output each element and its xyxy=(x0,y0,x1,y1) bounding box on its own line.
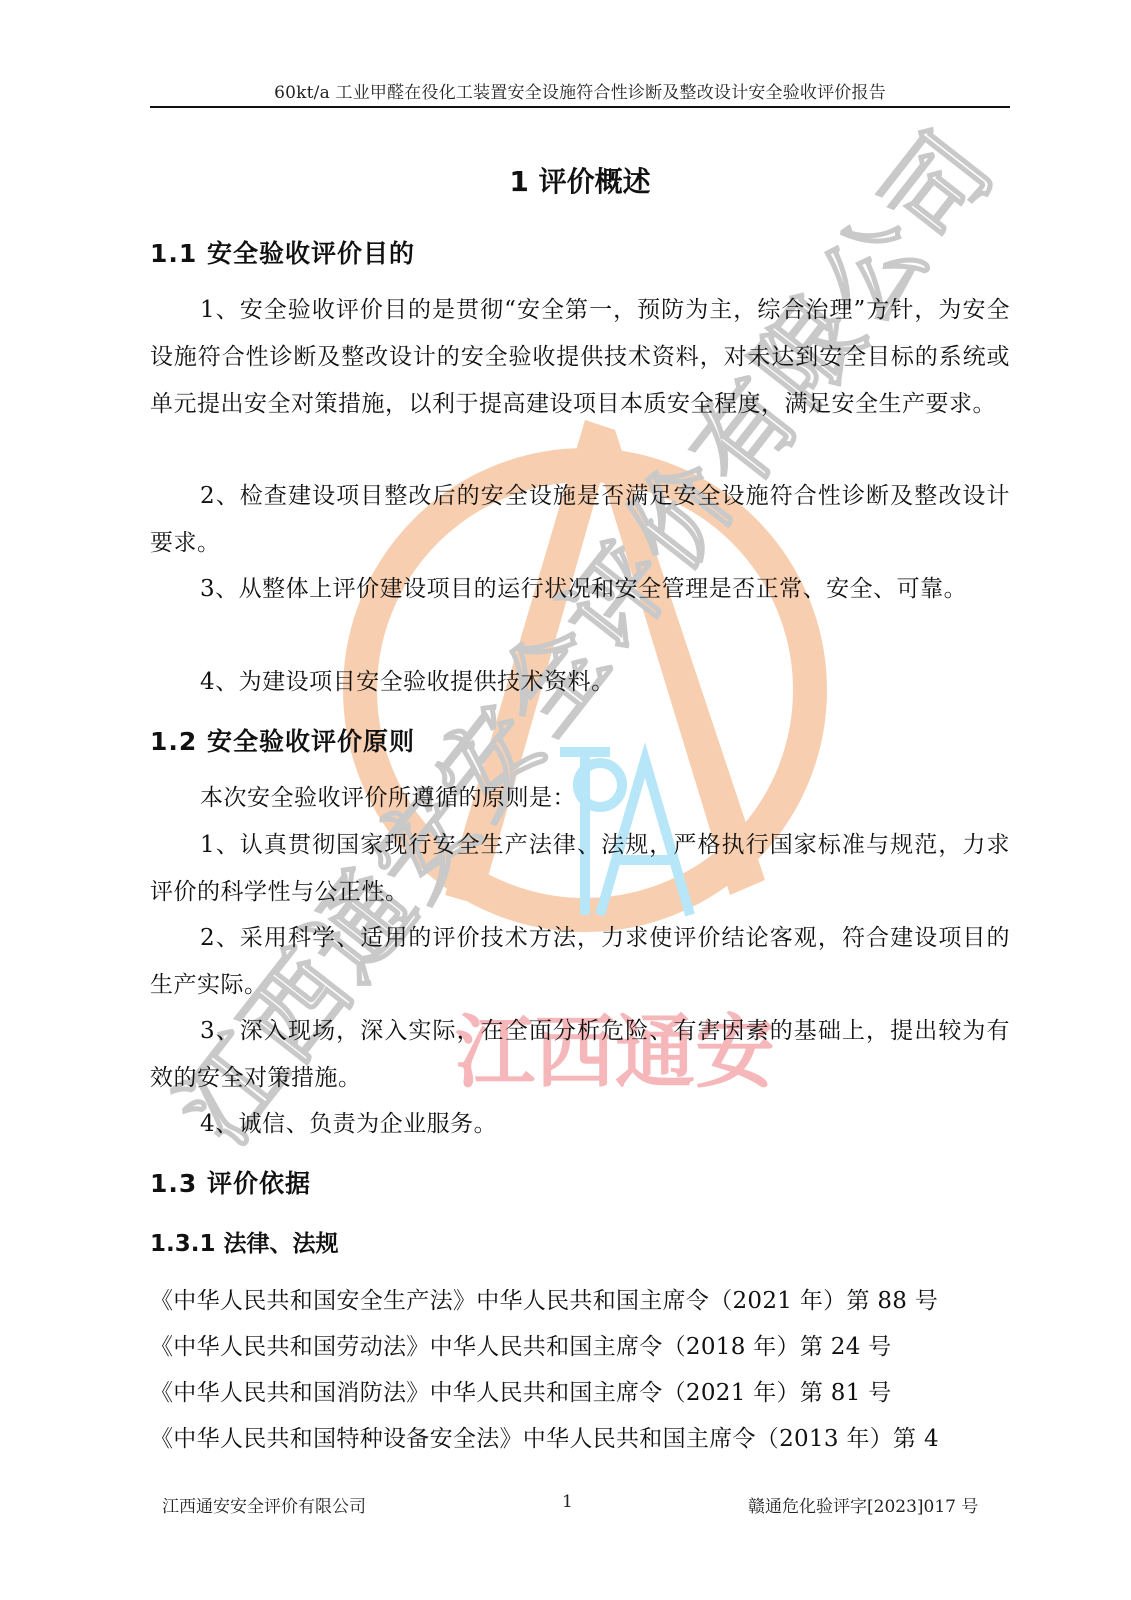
paragraph: 4、诚信、负责为企业服务。 xyxy=(150,1101,1010,1148)
paragraph: 4、为建设项目安全验收提供技术资料。 xyxy=(150,659,1010,706)
section-heading-1-1: 1.1 安全验收评价目的 xyxy=(150,234,415,270)
footer-company: 江西通安安全评价有限公司 xyxy=(162,1492,366,1517)
paragraph: 2、采用科学、适用的评价技术方法，力求使评价结论客观，符合建设项目的生产实际。 xyxy=(150,915,1010,1009)
chapter-title: 1 评价概述 xyxy=(150,160,1010,200)
section-heading-1-2: 1.2 安全验收评价原则 xyxy=(150,722,415,758)
header-divider xyxy=(150,106,1010,108)
page-number: 1 xyxy=(562,1492,573,1512)
paragraph: 3、从整体上评价建设项目的运行状况和安全管理是否正常、安全、可靠。 xyxy=(150,566,1010,613)
document-page: 江西通安 江西通安安全评价有限公司 60kt/a 工业甲醛在役化工装置安全设施符… xyxy=(0,0,1131,1600)
law-citation: 《中华人民共和国安全生产法》中华人民共和国主席令（2021 年）第 88 号 xyxy=(150,1282,1030,1315)
paragraph: 本次安全验收评价所遵循的原则是： xyxy=(150,775,1010,822)
paragraph: 2、检查建设项目整改后的安全设施是否满足安全设施符合性诊断及整改设计要求。 xyxy=(150,473,1010,567)
paragraph: 3、深入现场，深入实际，在全面分析危险、有害因素的基础上，提出较为有效的安全对策… xyxy=(150,1008,1010,1102)
law-citation: 《中华人民共和国劳动法》中华人民共和国主席令（2018 年）第 24 号 xyxy=(150,1328,1030,1361)
paragraph: 1、认真贯彻国家现行安全生产法律、法规，严格执行国家标准与规范，力求评价的科学性… xyxy=(150,822,1010,916)
law-citation: 《中华人民共和国消防法》中华人民共和国主席令（2021 年）第 81 号 xyxy=(150,1374,1030,1407)
subsection-heading-1-3-1: 1.3.1 法律、法规 xyxy=(150,1225,339,1258)
law-citation: 《中华人民共和国特种设备安全法》中华人民共和国主席令（2013 年）第 4 xyxy=(150,1420,1030,1453)
section-heading-1-3: 1.3 评价依据 xyxy=(150,1164,311,1200)
paragraph: 1、安全验收评价目的是贯彻“安全第一，预防为主，综合治理”方针，为安全设施符合性… xyxy=(150,287,1010,428)
footer-doc-number: 赣通危化验评字[2023]017 号 xyxy=(748,1492,978,1517)
running-header: 60kt/a 工业甲醛在役化工装置安全设施符合性诊断及整改设计安全验收评价报告 xyxy=(150,78,1010,103)
